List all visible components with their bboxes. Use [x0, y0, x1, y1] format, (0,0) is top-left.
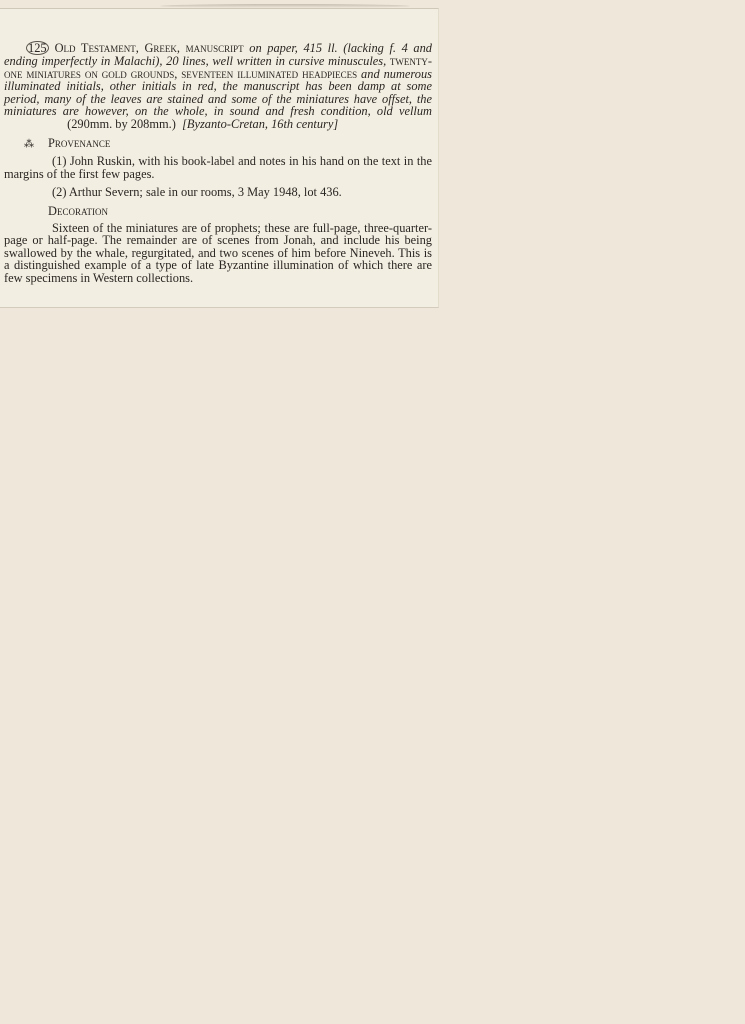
lot-attribution: [Byzanto-Cretan, 16th century] [182, 117, 338, 131]
asterism-icon: ⁂ [24, 139, 48, 152]
provenance-heading: ⁂Provenance [48, 137, 432, 152]
catalogue-entry: 125Old Testament, Greek, manuscript on p… [4, 41, 432, 285]
decoration-heading: Decoration [48, 205, 432, 218]
provenance-item: (1) John Ruskin, with his book-label and… [4, 155, 432, 180]
lot-description: 125Old Testament, Greek, manuscript on p… [4, 41, 432, 131]
provenance-item: (2) Arthur Severn; sale in our rooms, 3 … [4, 186, 432, 199]
lot-dimensions: (290mm. by 208mm.) [67, 117, 176, 131]
lot-title: Old Testament, Greek, manuscript [55, 41, 244, 55]
lot-number: 125 [26, 41, 49, 55]
decoration-text: Sixteen of the miniatures are of prophet… [4, 222, 432, 285]
